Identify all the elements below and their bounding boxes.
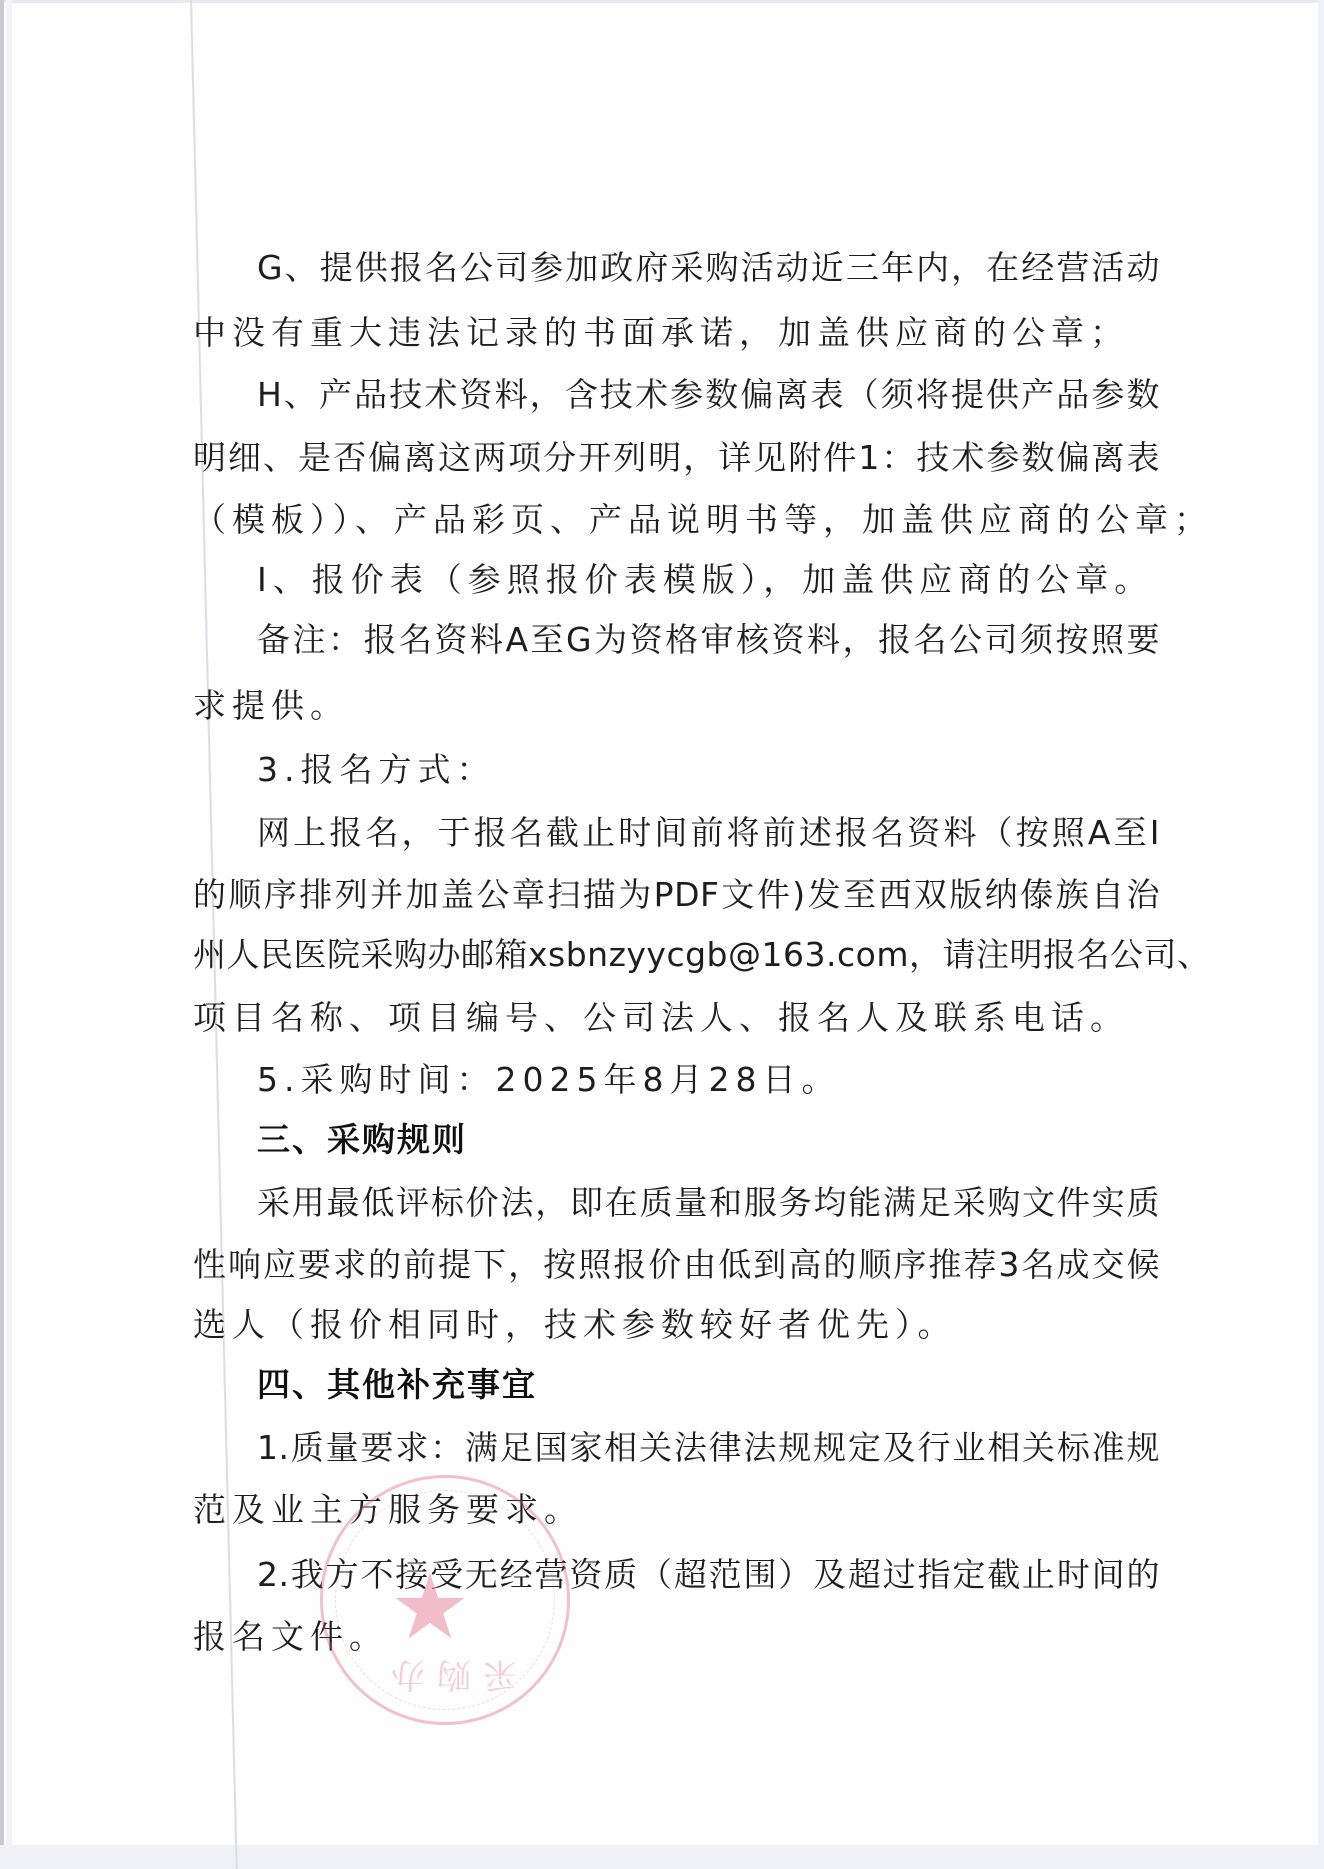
rules-line-3: 选人（报价相同时，技术参数较好者优先）。 <box>193 1305 1160 1345</box>
item-g-line-1: G、提供报名公司参加政府采购活动近三年内，在经营活动 <box>257 248 1160 288</box>
other-item-1-line-2: 范及业主方服务要求。 <box>193 1490 1160 1530</box>
item-h-line-2: 明细、是否偏离这两项分开列明，详见附件1：技术参数偏离表 <box>193 438 1160 478</box>
item-h-line-1: H、产品技术资料，含技术参数偏离表（须将提供产品参数 <box>257 375 1160 415</box>
remark-line-2: 求提供。 <box>193 686 1160 726</box>
heading-other-matters: 四、其他补充事宜 <box>257 1365 1160 1405</box>
seal-text: 采购办 <box>373 1653 523 1702</box>
section-3-line-3-email: 州人民医院采购办邮箱xsbnzyycgb@163.com，请注明报名公司、 <box>193 935 1160 975</box>
rules-line-1: 采用最低评标价法，即在质量和服务均能满足采购文件实质 <box>257 1183 1160 1223</box>
section-5-procurement-time: 5.采购时间：2025年8月28日。 <box>257 1060 1160 1100</box>
scan-edge-bottom <box>0 1845 1324 1869</box>
section-3-line-4: 项目名称、项目编号、公司法人、报名人及联系电话。 <box>193 998 1160 1038</box>
scan-edge-shadow <box>6 0 12 1869</box>
other-item-1-line-1: 1.质量要求：满足国家相关法律法规规定及行业相关标准规 <box>257 1428 1160 1468</box>
scan-edge-right <box>1318 0 1324 1869</box>
heading-procurement-rules: 三、采购规则 <box>257 1120 1160 1160</box>
section-3-line-2: 的顺序排列并加盖公章扫描为PDF文件)发至西双版纳傣族自治 <box>193 875 1160 915</box>
document-page: G、提供报名公司参加政府采购活动近三年内，在经营活动 中没有重大违法记录的书面承… <box>0 0 1324 1869</box>
section-3-line-1: 网上报名，于报名截止时间前将前述报名资料（按照A至I <box>257 813 1160 853</box>
section-3-title: 3.报名方式： <box>257 750 1160 790</box>
item-g-line-2: 中没有重大违法记录的书面承诺，加盖供应商的公章； <box>193 313 1160 353</box>
rules-line-2: 性响应要求的前提下，按照报价由低到高的顺序推荐3名成交候 <box>193 1245 1160 1285</box>
item-i-line: I、报价表（参照报价表模版），加盖供应商的公章。 <box>257 560 1160 600</box>
remark-line-1: 备注：报名资料A至G为资格审核资料，报名公司须按照要 <box>257 620 1160 660</box>
other-item-2-line-1: 2.我方不接受无经营资质（超范围）及超过指定截止时间的 <box>257 1555 1160 1595</box>
scan-edge-left <box>0 0 4 1869</box>
scan-edge-top <box>0 0 1324 3</box>
other-item-2-line-2: 报名文件。 <box>193 1617 1160 1657</box>
item-h-line-3: （模板））、产品彩页、产品说明书等，加盖供应商的公章； <box>193 500 1160 540</box>
